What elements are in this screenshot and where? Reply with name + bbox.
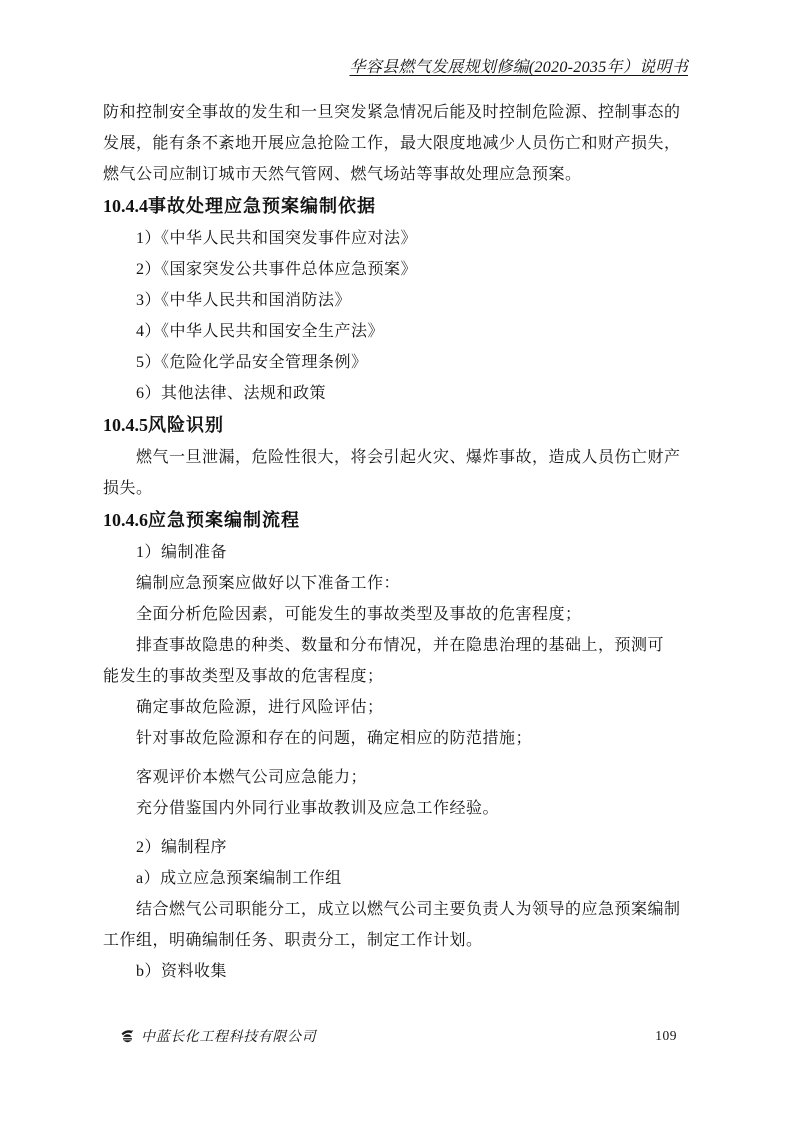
document-page: 华容县燃气发展规划修编(2020-2035年）说明书 防和控制安全事故的发生和一…	[0, 0, 794, 1122]
list-item: 5）《危险化学品安全管理条例》	[103, 347, 688, 378]
paragraph-line: 防和控制安全事故的发生和一旦突发紧急情况后能及时控制危险源、控制事态的	[103, 97, 688, 128]
page-footer: 中蓝长化工程科技有限公司 109	[120, 1026, 677, 1046]
footer-company: 中蓝长化工程科技有限公司	[120, 1026, 316, 1046]
section-title: 应急预案编制流程	[148, 510, 300, 530]
section-number: 10.4.6	[103, 510, 148, 530]
page-number: 109	[655, 1028, 677, 1044]
section-number: 10.4.5	[103, 415, 148, 435]
company-logo-icon	[120, 1028, 135, 1044]
paragraph-line: 1）编制准备	[103, 537, 688, 568]
paragraph-line: 确定事故危险源，进行风险评估；	[103, 692, 688, 723]
paragraph-line: 针对事故危险源和存在的问题，确定相应的防范措施；	[103, 723, 688, 754]
paragraph-line: 燃气公司应制订城市天然气管网、燃气场站等事故处理应急预案。	[103, 159, 688, 190]
paragraph-line: 客观评价本燃气公司应急能力；	[103, 762, 688, 793]
page-header: 华容县燃气发展规划修编(2020-2035年）说明书	[103, 57, 688, 79]
paragraph-line: 充分借鉴国内外同行业事故教训及应急工作经验。	[103, 793, 688, 824]
list-item: 2）《国家突发公共事件总体应急预案》	[103, 254, 688, 285]
paragraph-line: 工作组，明确编制任务、职责分工，制定工作计划。	[103, 925, 688, 956]
section-title: 事故处理应急预案编制依据	[148, 196, 376, 216]
section-heading-10-4-4: 10.4.4事故处理应急预案编制依据	[103, 190, 688, 223]
list-item: 1）《中华人民共和国突发事件应对法》	[103, 223, 688, 254]
paragraph-line: 损失。	[103, 473, 688, 504]
list-item: 3）《中华人民共和国消防法》	[103, 285, 688, 316]
paragraph-line: 2）编制程序	[103, 832, 688, 863]
list-item: 6）其他法律、法规和政策	[103, 378, 688, 409]
paragraph-line: a）成立应急预案编制工作组	[103, 863, 688, 894]
page-content: 防和控制安全事故的发生和一旦突发紧急情况后能及时控制危险源、控制事态的 发展，能…	[103, 97, 688, 987]
list-item: 4）《中华人民共和国安全生产法》	[103, 316, 688, 347]
section-number: 10.4.4	[103, 196, 148, 216]
paragraph-line: 结合燃气公司职能分工，成立以燃气公司主要负责人为领导的应急预案编制	[103, 894, 688, 925]
header-title: 华容县燃气发展规划修编(2020-2035年）说明书	[350, 59, 688, 76]
paragraph-line: 燃气一旦泄漏，危险性很大，将会引起火灾、爆炸事故，造成人员伤亡财产	[103, 442, 688, 473]
section-heading-10-4-6: 10.4.6应急预案编制流程	[103, 504, 688, 537]
paragraph-line: 排查事故隐患的种类、数量和分布情况，并在隐患治理的基础上，预测可	[103, 630, 688, 661]
section-heading-10-4-5: 10.4.5风险识别	[103, 409, 688, 442]
paragraph-line: 发展，能有条不紊地开展应急抢险工作，最大限度地减少人员伤亡和财产损失，	[103, 128, 688, 159]
company-name: 中蓝长化工程科技有限公司	[141, 1026, 316, 1046]
paragraph-line: 编制应急预案应做好以下准备工作：	[103, 568, 688, 599]
section-title: 风险识别	[148, 415, 224, 435]
paragraph-line: b）资料收集	[103, 956, 688, 987]
paragraph-line: 全面分析危险因素，可能发生的事故类型及事故的危害程度；	[103, 599, 688, 630]
paragraph-line: 能发生的事故类型及事故的危害程度；	[103, 661, 688, 692]
